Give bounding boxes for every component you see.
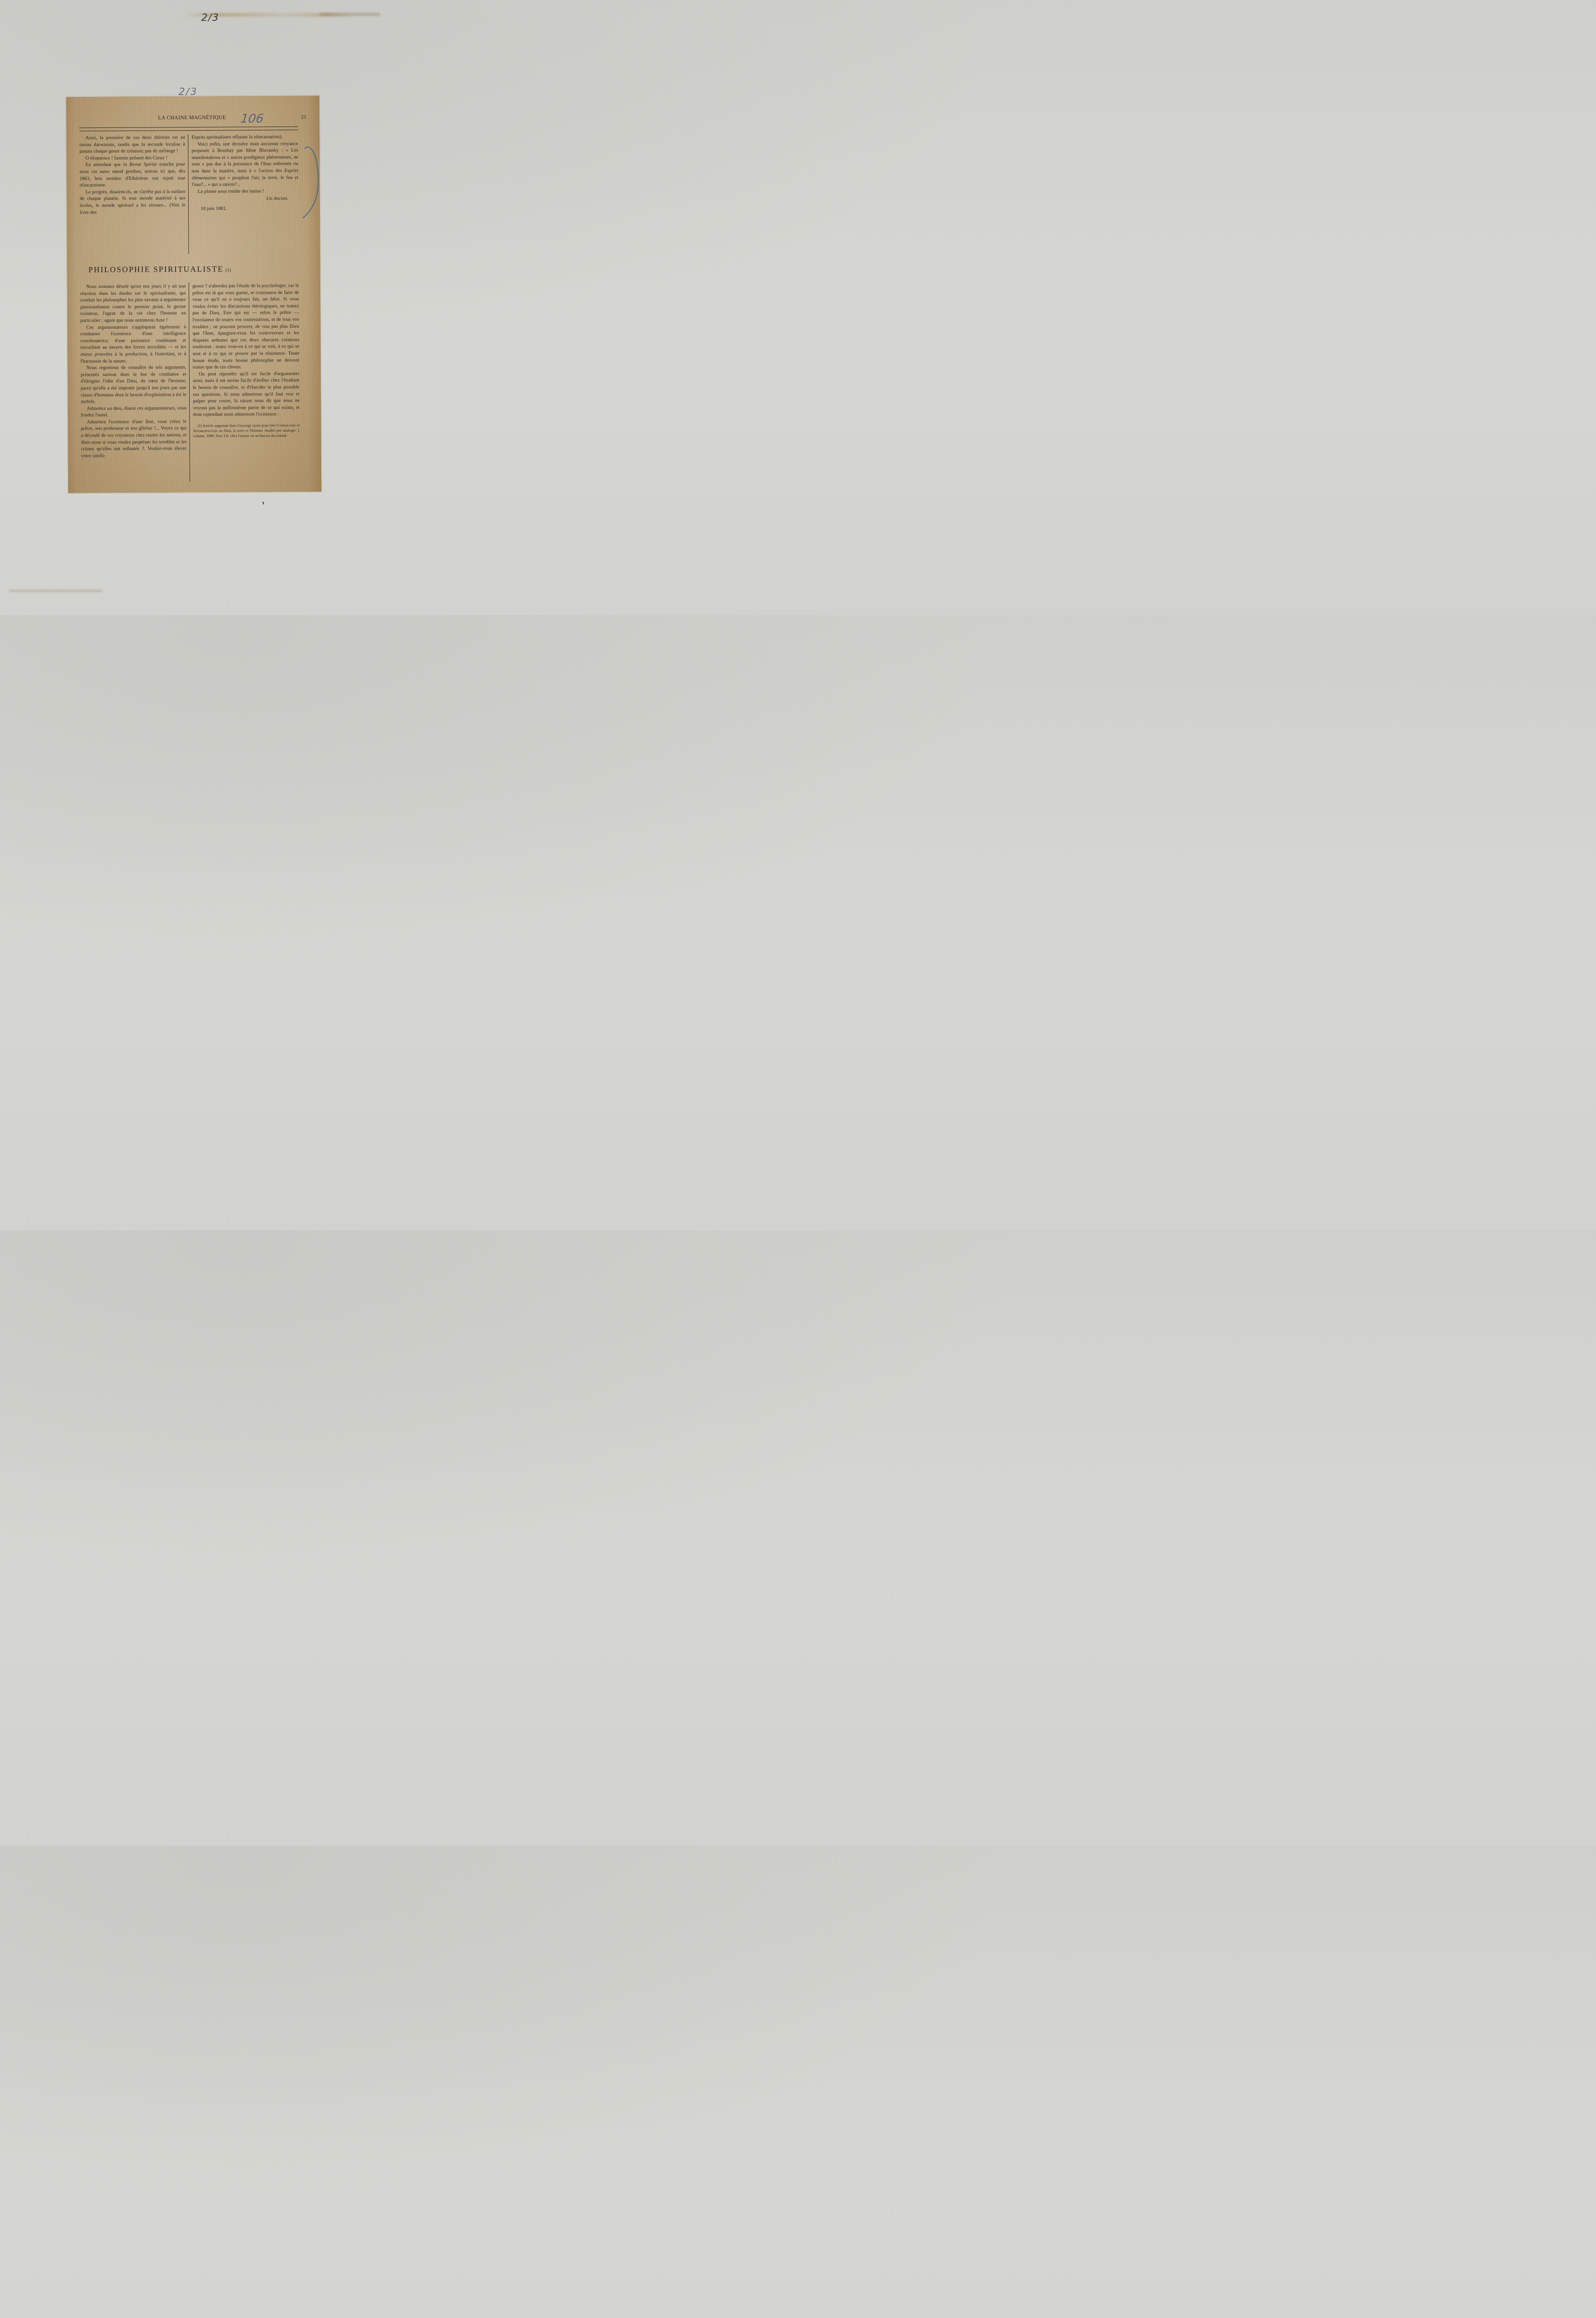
newspaper-clipping: LA CHAINE MAGNÉTIQUE 21 106 Ainsi, la pr… [66, 96, 321, 493]
paragraph: Le progrès, disaient-ils, ne s'arrête pa… [80, 189, 185, 217]
paragraph: Esprits spiritualistes réfutant la réinc… [191, 134, 298, 141]
italic-phrase: mieux prouvées [81, 352, 112, 357]
text: pas plus Dieu que l'âme, épargnez-vous l… [192, 324, 299, 370]
column-rule [188, 134, 189, 254]
double-rule-divider [79, 127, 298, 131]
printed-page-number: 21 [301, 115, 306, 120]
book-title-part: Anthropologie [193, 429, 217, 433]
text: Voici enfin, une dernière mais ancienne … [191, 141, 298, 174]
paragraph: La plume nous tombe des mains ! [192, 188, 299, 196]
paragraph: Voici enfin, une dernière mais ancienne … [191, 140, 299, 188]
handwritten-folio-number: 2/3 [201, 12, 219, 24]
italic-phrase: de visu [255, 324, 270, 329]
text: , la [231, 428, 237, 433]
handwritten-annotation: 106 [240, 112, 265, 126]
paragraph: En attendant que la Revue Spirite tranch… [80, 161, 185, 189]
text: et l' [244, 428, 251, 433]
text: En attendant que la [85, 162, 129, 167]
footnote: (1) Article supprimé dans l'ouvrage ayan… [193, 423, 299, 439]
text: Ces argumentateurs s'appliquent égalemen… [80, 325, 186, 350]
italic-journal-name: Revue Spirite [129, 162, 157, 167]
paragraph: Nous regrettons de connaître de tels arg… [81, 364, 186, 406]
italic-word: Dieu [223, 428, 231, 433]
paragraph: gence ? n'abordez pas l'étude de la psyc… [192, 283, 299, 371]
author-signature: Un Ancien. [192, 196, 299, 203]
aged-edge [66, 97, 76, 493]
paragraph: Ainsi, la première de ces deux théories … [79, 134, 185, 155]
text: Article supprimé dans l'ouvrage ayant po… [202, 423, 277, 428]
footnote-marker: (1) [197, 424, 202, 428]
article-title-text: PHILOSOPHIE SPIRITUALISTE [89, 265, 224, 274]
footnote-text: (1) Article supprimé dans l'ouvrage ayan… [193, 423, 299, 439]
footnote-reference: (1) [225, 268, 231, 273]
italic-word: terre [237, 428, 245, 433]
paragraph: On peut répondre qu'il est facile d'argu… [193, 371, 300, 419]
text: ou [217, 429, 224, 433]
article-title: PHILOSOPHIE SPIRITUALISTE(1) [89, 264, 306, 274]
paragraph: Ces argumentateurs s'appliquent égalemen… [80, 324, 186, 365]
blue-pencil-bracket-mark [302, 146, 321, 220]
foxing-stain [9, 590, 102, 592]
ink-speck [262, 502, 264, 504]
italic-word: homme [251, 428, 262, 433]
book-title-part: Cosmogonie [277, 423, 296, 427]
italic-phrase: un Idiot [263, 297, 280, 302]
article-right-column: gence ? n'abordez pas l'étude de la psyc… [192, 283, 300, 439]
previous-article-right-column: Esprits spiritualistes réfutant la réinc… [191, 134, 299, 213]
paragraph: Nous sommes désolé qu'en nos jours il y … [80, 283, 186, 325]
paragraph: O éloquence ! funeste présent des Cieux … [79, 155, 185, 162]
article-date: 10 juin 1881. [192, 205, 299, 213]
article-left-column: Nous sommes désolé qu'en nos jours il y … [80, 283, 187, 460]
foxing-stain [320, 13, 380, 16]
previous-article-left-column: Ainsi, la première de ces deux théories … [79, 134, 185, 216]
journal-title: LA CHAINE MAGNÉTIQUE [158, 115, 226, 121]
paragraph: Admettez l'existence d'une âme, vous cré… [81, 419, 186, 460]
running-head: LA CHAINE MAGNÉTIQUE 21 [79, 114, 306, 124]
column-rule [189, 282, 190, 482]
text: et [296, 423, 299, 427]
paragraph: Admettez un dieu, disent ces argumentate… [81, 405, 186, 419]
